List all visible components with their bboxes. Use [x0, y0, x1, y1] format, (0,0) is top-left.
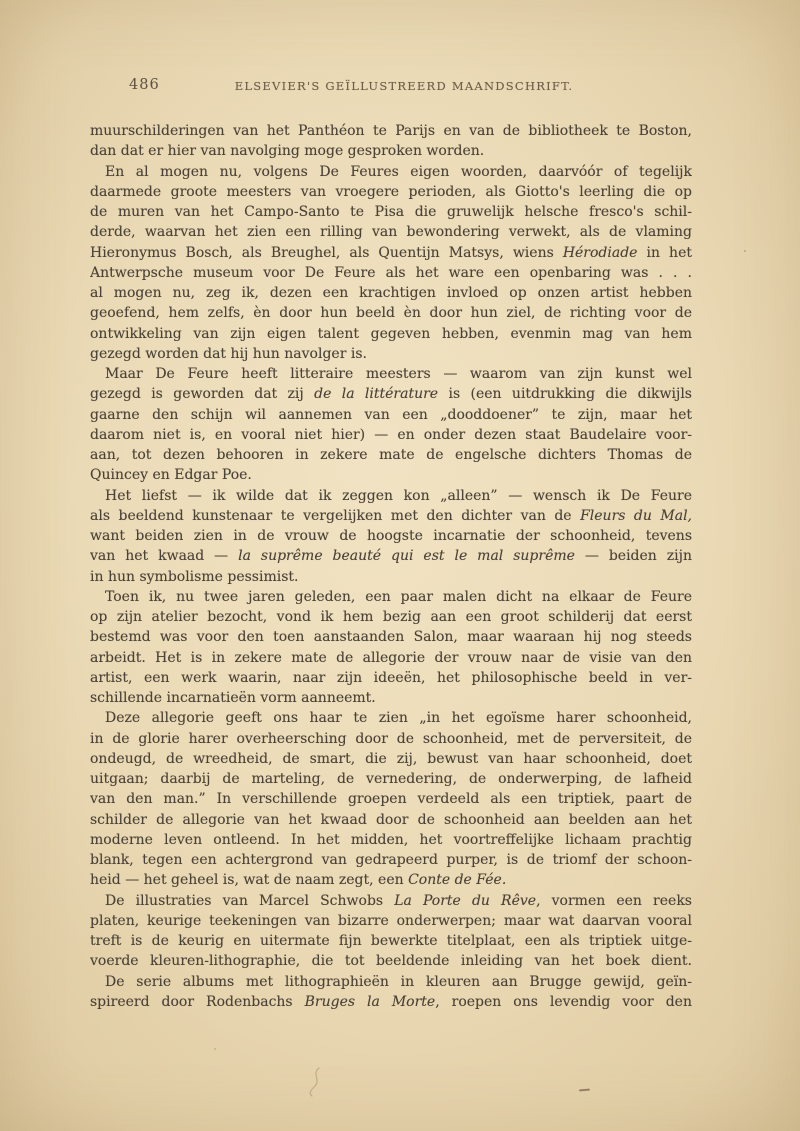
- text-line: de muren van het Campo-Santo te Pisa die…: [90, 202, 692, 222]
- text-line: in hun symbolisme pessimist.: [90, 567, 692, 587]
- text-line: van het kwaad — la suprême beauté qui es…: [90, 546, 692, 566]
- text-line: Het liefst — ik wilde dat ik zeggen kon …: [90, 486, 692, 506]
- text-line: Quincey en Edgar Poe.: [90, 465, 692, 485]
- text-line: geoefend, hem zelfs, èn door hun beeld è…: [90, 303, 692, 323]
- pencil-squiggle-mark: [306, 1066, 326, 1098]
- text-line: bestemd was voor den toen aanstaanden Sa…: [90, 627, 692, 647]
- text-line: heid — het geheel is, wat de naam zegt, …: [90, 870, 692, 890]
- text-line: daarmede groote meesters van vroegere pe…: [90, 182, 692, 202]
- text-line: want beiden zien in de vrouw de hoogste …: [90, 526, 692, 546]
- text-line: aan, tot dezen behooren in zekere mate d…: [90, 445, 692, 465]
- text-line: gezegd worden dat hij hun navolger is.: [90, 344, 692, 364]
- text-line: Toen ik, nu twee jaren geleden, een paar…: [90, 587, 692, 607]
- text-line: spireerd door Rodenbachs Bruges la Morte…: [90, 992, 692, 1012]
- text-line: schilder de allegorie van het kwaad door…: [90, 810, 692, 830]
- text-line: daarom niet is, en vooral niet hier) — e…: [90, 425, 692, 445]
- text-line: voerde kleuren-lithographie, die tot bee…: [90, 951, 692, 971]
- text-line: gaarne den schijn wil aannemen van een „…: [90, 405, 692, 425]
- text-line: moderne leven ontleend. In het midden, h…: [90, 830, 692, 850]
- text-line: als beeldend kunstenaar te vergelijken m…: [90, 506, 692, 526]
- text-line: platen, keurige teekeningen van bizarre …: [90, 911, 692, 931]
- text-line: al mogen nu, zeg ik, dezen een krachtige…: [90, 283, 692, 303]
- paper-speck: [214, 1048, 216, 1050]
- text-line: Maar De Feure heeft litteraire meesters …: [90, 364, 692, 384]
- text-line: muurschilderingen van het Panthéon te Pa…: [90, 121, 692, 141]
- text-line: op zijn atelier bezocht, vond ik hem bez…: [90, 607, 692, 627]
- paper-speck: [744, 250, 746, 252]
- text-line: ontwikkeling van zijn eigen talent gegev…: [90, 324, 692, 344]
- text-line: treft is de keurig en uitermate fijn bew…: [90, 931, 692, 951]
- text-line: En al mogen nu, volgens De Feures eigen …: [90, 162, 692, 182]
- scanned-book-page: 486 ELSEVIER'S GEÏLLUSTREERD MAANDSCHRIF…: [0, 0, 800, 1131]
- text-line: De serie albums met lithographieën in kl…: [90, 972, 692, 992]
- text-line: gezegd is geworden dat zij de la littéra…: [90, 384, 692, 404]
- text-line: in de glorie harer overheersching door d…: [90, 729, 692, 749]
- text-line: derde, waarvan het zien een rilling van …: [90, 222, 692, 242]
- running-title: ELSEVIER'S GEÏLLUSTREERD MAANDSCHRIFT.: [0, 79, 800, 93]
- text-line: Hieronymus Bosch, als Breughel, als Quen…: [90, 243, 692, 263]
- text-line: De illustraties van Marcel Schwobs La Po…: [90, 891, 692, 911]
- text-line: van den man.” In verschillende groepen v…: [90, 789, 692, 809]
- text-line: ondeugd, de wreedheid, de smart, die zij…: [90, 749, 692, 769]
- text-line: schillende incarnatieën vorm aanneemt.: [90, 688, 692, 708]
- text-line: dan dat er hier van navolging moge gespr…: [90, 141, 692, 161]
- page-body-text: muurschilderingen van het Panthéon te Pa…: [90, 121, 692, 1012]
- text-line: artist, een werk waarin, naar zijn ideeë…: [90, 668, 692, 688]
- text-line: arbeidt. Het is in zekere mate de allego…: [90, 648, 692, 668]
- text-line: uitgaan; daarbij de marteling, de verned…: [90, 769, 692, 789]
- text-line: blank, tegen een achtergrond van gedrape…: [90, 850, 692, 870]
- text-line: Deze allegorie geeft ons haar te zien „i…: [90, 708, 692, 728]
- text-line: Antwerpsche museum voor De Feure als het…: [90, 263, 692, 283]
- ink-dash-mark: [579, 1089, 590, 1092]
